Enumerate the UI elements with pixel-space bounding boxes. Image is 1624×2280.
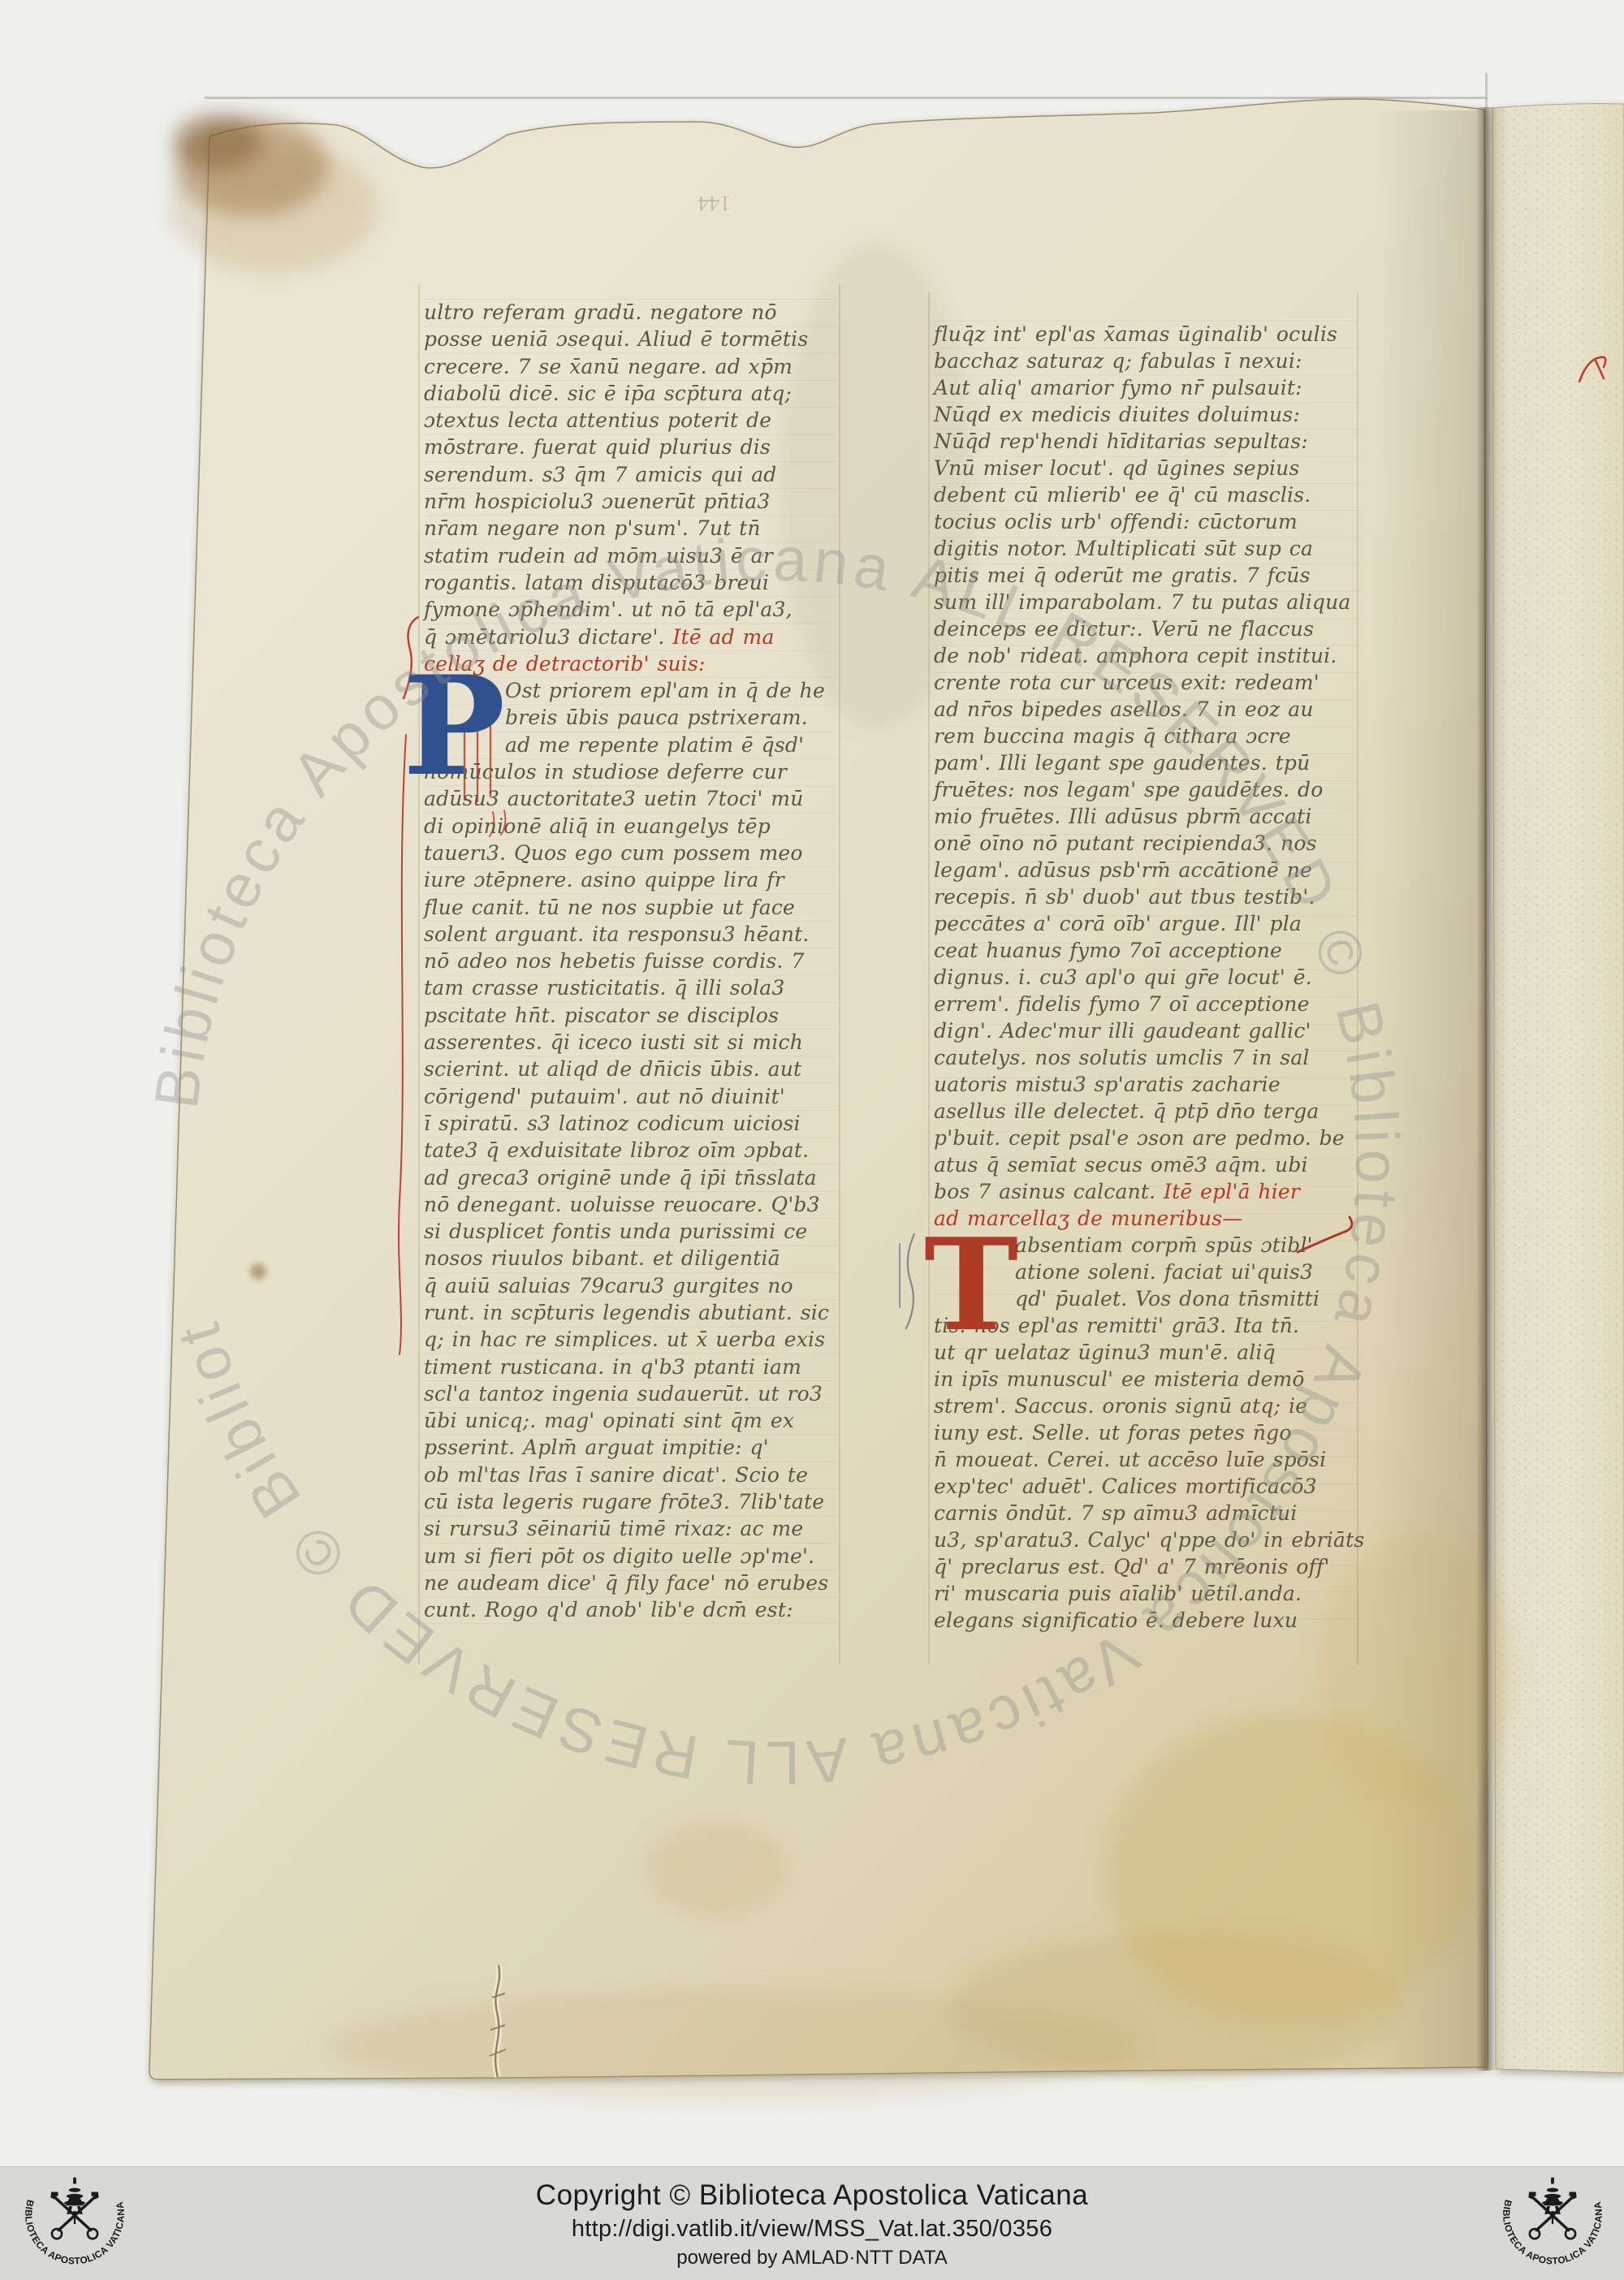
line-text: breis ūbis pauca pstrixeram. [505,706,808,729]
manuscript-line: nō denegant. uoluisse reuocare. Q'b3 [424,1191,836,1218]
line-text: fluq̄z int' epl'as x̄amas ūginalib' ocul… [934,322,1337,346]
manuscript-line: cunt. Rogo q'd anob' lib'e dcm̄ est: [424,1596,836,1623]
line-text: si rursu3 sēinariū timē rixaz: ac me [424,1517,803,1540]
manuscript-line: runt. in scp̄turis legendis abutiant. si… [424,1299,836,1326]
footer-powered-by: powered by AMLAD·NTT DATA [676,2247,947,2269]
manuscript-line: mōstrare. fuerat quid plurius dis [424,434,836,460]
line-text: fymone ɔp̄hendim'. ut nō tā epl'a3, [424,598,793,621]
manuscript-line: q; in hac re simplices. ut x̄ uerba exis [424,1326,836,1353]
manuscript-line: dignus. i. cu3 apl'o qui gr̄e locut' ē. [934,964,1359,991]
manuscript-line: pam'. Illi legant spe gaudentes. tpū [934,749,1359,776]
line-text: n̄ moueat. Cerei. ut accēso luīe spōsi [934,1448,1326,1471]
folio-number: 144 [698,192,731,216]
manuscript-line: ultro referam gradū. negatore nō [424,299,836,326]
manuscript-line: errem'. fidelis fymo 7 oī acceptione [934,991,1359,1017]
manuscript-line: pscitate hn̄t. piscator se disciplos [424,1002,836,1029]
line-text: diabolū dicē. sic ē ip̄a scp̄tura atq; [424,382,792,405]
manuscript-line: statim rudein ad mōm uisu3 ē ar [424,542,836,569]
manuscript-line: iuny est. Selle. ut foras petes n̄go [934,1419,1359,1446]
illuminated-initial-T: T [924,1222,1018,1349]
manuscript-line: di opinionē aliq̄ in euangelys tēp [424,813,836,840]
line-text: dign'. Adec'mur illi gaudeant gallic' [934,1019,1311,1043]
manuscript-line: strem'. Saccus. oronis signū atq; ie [934,1393,1359,1419]
line-text: ɔtextus lecta attentius poterit de [424,408,771,432]
manuscript-line: crente rota cur urceus exit: redeam' [934,669,1359,696]
vatican-library-logo-right [1491,2173,1614,2275]
line-text: atus q̄ semīat secus omē3 aq̄m. ubi [934,1153,1308,1177]
manuscript-line: cōrigend' putauim'. aut nō diuinit' [424,1083,836,1110]
line-text: ri' muscaria puis aīalib' uētil.anda. [934,1582,1302,1605]
manuscript-line: Tabsentiam corpm̄ spūs ɔtibl' [934,1232,1359,1259]
line-text: strem'. Saccus. oronis signū atq; ie [934,1394,1307,1418]
line-text: crecere. 7 se x̄anū negare. ad xp̄m [424,355,793,378]
line-text: iuny est. Selle. ut foras petes n̄go [934,1421,1292,1444]
manuscript-line: si rursu3 sēinariū timē rixaz: ac me [424,1515,836,1542]
manuscript-line: u3, sp'aratu3. Calyc' q'ppe do' in ebriā… [934,1526,1359,1553]
footer-bar: BIBLIOTECA APOSTOLICA VATICANA [0,2166,1624,2280]
line-text: de nob' rideat. amphora cepit institui. [934,644,1337,667]
manuscript-line: iure ɔtēpnere. asino quippe lira fr [424,866,836,893]
line-text: iure ɔtēpnere. asino quippe lira fr [424,868,784,892]
manuscript-line: debent cū mlierib' ee q̄' cū masclis. [934,481,1359,508]
manuscript-column-right: fluq̄z int' epl'as x̄amas ūginalib' ocul… [934,321,1359,1634]
line-text: deinceps ee dictur:. Verū ne flaccus [934,617,1314,641]
manuscript-line: nr̄m hospiciolu3 ɔuenerūt pn̄tia3 [424,488,836,515]
line-text: ne audeam dice' q̄ fily face' nō erubes [424,1571,828,1595]
line-text: serendum. s3 q̄m 7 amicis qui ad [424,463,777,486]
manuscript-line: POst priorem epl'am in q̄ de he [424,677,836,704]
line-text: ad nr̄os bipedes asellos. 7 in eoz au [934,697,1314,721]
illuminated-initial-P: P [403,658,506,794]
line-text: cautelys. nos solutis umclis 7 in sal [934,1046,1310,1069]
manuscript-line: elegans significatio ē. debere luxu [934,1607,1359,1634]
footer-text-block: Copyright © Biblioteca Apostolica Vatica… [0,2167,1624,2280]
line-text: runt. in scp̄turis legendis abutiant. si… [424,1301,829,1324]
line-text: mio fruētes. Illi adūsus pbrm̄ accati [934,805,1312,828]
line-text: scierint. ut aliqd de dn̄icis ūbis. aut [424,1057,801,1081]
line-text: ceat huanus fymo 7oī acceptione [934,939,1282,962]
line-text: rogantis. latam disputacō3 breui [424,571,769,594]
line-text: onē oīno nō putant recipienda3. nos [934,831,1317,855]
line-text: atione soleni. faciat ui'quis3 [1015,1260,1313,1284]
manuscript-line: Vnū miser locut'. qd ūgines sepius [934,455,1359,481]
manuscript-line: ūbi unicq;. mag' opinati sint q̄m ex [424,1407,836,1434]
manuscript-line: Nūqd ex medicis diuites doluimus: [934,401,1359,428]
manuscript-line: tauerı3. Quos ego cum possem meo [424,840,836,866]
manuscript-line: dign'. Adec'mur illi gaudeant gallic' [934,1017,1359,1044]
manuscript-line: q̄' preclarus est. Qd' a' 7 mrēonis off' [934,1553,1359,1580]
line-text: asserentes. q̄i iceco iusti sit si mich [424,1030,803,1054]
manuscript-line: exp'tec' aduēt'. Calices mortificacō3 [934,1473,1359,1500]
line-text: bos 7 asinus calcant. [934,1180,1164,1203]
line-text: nō adeo nos hebetis fuisse cordis. 7 [424,949,804,973]
line-text: statim rudein ad mōm uisu3 ē ar [424,544,773,568]
manuscript-line: Nūq̄d rep'hendi hīditarias sepultas: [934,428,1359,455]
manuscript-line: psserint. Aplm̄ arguat impitie: q' [424,1434,836,1461]
line-text: Nūqd ex medicis diuites doluimus: [934,403,1300,426]
manuscript-line: sum ill' imparabolam. 7 tu putas aliqua [934,589,1359,615]
manuscript-line: tocius oclis urb' offendi: cūctorum [934,508,1359,535]
line-text: pscitate hn̄t. piscator se disciplos [424,1004,779,1027]
line-text: timent rusticana. in q'b3 ptanti iam [424,1355,801,1379]
manuscript-line: de nob' rideat. amphora cepit institui. [934,642,1359,669]
manuscript-line: pitis mei q̄ oderūt me gratis. 7 fcūs [934,562,1359,589]
manuscript-line: uatoris mistu3 sp'aratis zacharie [934,1071,1359,1098]
manuscript-line: um si fieri pōt os digito uelle ɔp'me'. [424,1543,836,1570]
manuscript-line: ī spiratū. s3 latinoz codicum uiciosi [424,1110,836,1137]
manuscript-line: atus q̄ semīat secus omē3 aq̄m. ubi [934,1151,1359,1178]
line-text: ad me repente platim ē q̄sd' [505,733,804,757]
line-text: nosos riuulos bibant. et diligentiā [424,1246,780,1270]
line-text: q; in hac re simplices. ut x̄ uerba exis [424,1328,825,1351]
manuscript-line: nosos riuulos bibant. et diligentiā [424,1245,836,1272]
line-text: mōstrare. fuerat quid plurius dis [424,435,771,459]
manuscript-line: ri' muscaria puis aīalib' uētil.anda. [934,1580,1359,1607]
manuscript-line: diabolū dicē. sic ē ip̄a scp̄tura atq; [424,380,836,407]
manuscript-line: ɔtextus lecta attentius poterit de [424,407,836,434]
line-text: Aut aliq' amarior fymo nr̄ pulsauit: [934,376,1302,399]
manuscript-line: fymone ɔp̄hendim'. ut nō tā epl'a3, [424,596,836,623]
manuscript-line: serendum. s3 q̄m 7 amicis qui ad [424,461,836,488]
line-text: tauerı3. Quos ego cum possem meo [424,841,803,865]
manuscript-line: recepis. n̄ sb' duob' aut tbus testib'. [934,883,1359,910]
manuscript-line: carnis ōndūt. 7 sp aīmu3 admīctui [934,1500,1359,1526]
line-text: uatoris mistu3 sp'aratis zacharie [934,1073,1281,1096]
line-text: di opinionē aliq̄ in euangelys tēp [424,814,771,838]
line-text: ūbi unicq;. mag' opinati sint q̄m ex [424,1409,794,1432]
manuscript-line: onē oīno nō putant recipienda3. nos [934,830,1359,857]
line-text: fruētes: nos legam' spe gaudētes. do [934,778,1324,801]
line-text: nr̄m hospiciolu3 ɔuenerūt pn̄tia3 [424,490,770,513]
manuscript-line: fruētes: nos legam' spe gaudētes. do [934,776,1359,803]
line-text: elegans significatio ē. debere luxu [934,1609,1298,1632]
manuscript-line: peccātes a' corā oīb' argue. Ill' pla [934,910,1359,937]
line-text: peccātes a' corā oīb' argue. Ill' pla [934,912,1302,935]
svg-text:144: 144 [698,192,731,216]
line-text: dignus. i. cu3 apl'o qui gr̄e locut' ē. [934,965,1312,989]
line-text: absentiam corpm̄ spūs ɔtibl' [1015,1233,1313,1257]
line-text: um si fieri pōt os digito uelle ɔp'me'. [424,1544,814,1568]
manuscript-line: flue canit. tū ne nos supbie ut face [424,894,836,921]
footer-url: http://digi.vatlib.it/view/MSS_Vat.lat.3… [572,2216,1052,2243]
line-text: posse ueniā ɔsequi. Aliud ē tormētis [424,327,808,351]
line-text: nr̄am negare non p'sum'. 7ut tn̄ [424,516,761,540]
manuscript-line: fluq̄z int' epl'as x̄amas ūginalib' ocul… [934,321,1359,348]
line-text: tocius oclis urb' offendi: cūctorum [934,510,1298,533]
manuscript-line: Aut aliq' amarior fymo nr̄ pulsauit: [934,374,1359,401]
line-text: Vnū miser locut'. qd ūgines sepius [934,456,1299,480]
rubric-text: Itē ad ma [672,625,774,649]
scan-cradle-edge [205,97,1488,99]
line-text: cōrigend' putauim'. aut nō diuinit' [424,1085,785,1108]
manuscript-line: rogantis. latam disputacō3 breui [424,569,836,596]
line-text: ī spiratū. s3 latinoz codicum uiciosi [424,1112,801,1135]
line-text: pam'. Illi legant spe gaudentes. tpū [934,751,1310,775]
line-text: q̄ auiū saluias 79caru3 gurgites no [424,1274,793,1298]
line-text: solent arguant. ita responsu3 hēant. [424,922,810,946]
manuscript-line: digitis notor. Multiplicati sūt sup ca [934,535,1359,562]
manuscript-line: p'buit. cepit psal'e ɔson are pedmo. be [934,1125,1359,1151]
manuscript-line: scl'a tantoz ingenia sudauerūt. ut ro3 [424,1380,836,1407]
rubric-text: Itē epl'ā hier [1164,1180,1300,1203]
manuscript-line: mio fruētes. Illi adūsus pbrm̄ accati [934,803,1359,830]
line-text: scl'a tantoz ingenia sudauerūt. ut ro3 [424,1382,823,1406]
line-text: legam'. adūsus psb'rm̄ accātionē ne [934,858,1312,882]
manuscript-line: ob ml'tas lr̄as ī sanire dicat'. Scio te [424,1462,836,1488]
line-text: asellus ille delectet. q̄ ptp̄ dn̄o terg… [934,1099,1319,1123]
manuscript-line: scierint. ut aliqd de dn̄icis ūbis. aut [424,1056,836,1082]
line-text: recepis. n̄ sb' duob' aut tbus testib'. [934,885,1315,909]
line-text: si dusplicet fontis unda purissimi ce [424,1220,807,1243]
manuscript-line: cautelys. nos solutis umclis 7 in sal [934,1044,1359,1071]
line-text: nō denegant. uoluisse reuocare. Q'b3 [424,1193,820,1216]
manuscript-line: ad nr̄os bipedes asellos. 7 in eoz au [934,696,1359,723]
line-text: tate3 q̄ exduisitate libroz oīm ɔpbat. [424,1138,809,1162]
manuscript-line: deinceps ee dictur:. Verū ne flaccus [934,615,1359,642]
manuscript-line: ceat huanus fymo 7oī acceptione [934,937,1359,964]
manuscript-line: in ipīs munuscul' ee misteria demō [934,1366,1359,1393]
line-text: p'buit. cepit psal'e ɔson are pedmo. be [934,1126,1345,1150]
manuscript-line: ad greca3 originē unde q̄ ip̄i tn̄sslata [424,1164,836,1191]
line-text: Ost priorem epl'am in q̄ de he [505,679,825,702]
line-text: debent cū mlierib' ee q̄' cū masclis. [934,483,1311,507]
line-text: cū ista legeris rugare frōte3. 7lib'tate [424,1490,824,1514]
line-text: bacchaz saturaz q; fabulas ī nexui: [934,349,1302,373]
line-text: Nūq̄d rep'hendi hīditarias sepultas: [934,430,1308,453]
line-text: cunt. Rogo q'd anob' lib'e dcm̄ est: [424,1598,793,1621]
line-text: u3, sp'aratu3. Calyc' q'ppe do' in ebriā… [934,1528,1364,1552]
line-text: flue canit. tū ne nos supbie ut face [424,896,795,919]
manuscript-line: legam'. adūsus psb'rm̄ accātionē ne [934,857,1359,883]
manuscript-line: si dusplicet fontis unda purissimi ce [424,1218,836,1245]
manuscript-line: solent arguant. ita responsu3 hēant. [424,921,836,948]
line-text: exp'tec' aduēt'. Calices mortificacō3 [934,1475,1317,1498]
line-text: in ipīs munuscul' ee misteria demō [934,1367,1305,1391]
binding-hinge-line [1485,73,1488,107]
line-text: tam crasse rusticitatis. q̄ illi sola3 [424,976,784,1000]
ink-spot [250,1263,266,1280]
manuscript-line: n̄ moueat. Cerei. ut accēso luīe spōsi [934,1446,1359,1473]
manuscript-line: bos 7 asinus calcant. Itē epl'ā hier [934,1178,1359,1205]
manuscript-line: ne audeam dice' q̄ fily face' nō erubes [424,1570,836,1596]
line-text: qd' p̄ualet. Vos dona tn̄smitti [1015,1287,1319,1311]
line-text: pitis mei q̄ oderūt me gratis. 7 fcūs [934,564,1311,587]
digitized-manuscript-scan: 144 ultro referam gradū. negatore nōposs… [0,0,1624,2280]
line-text: digitis notor. Multiplicati sūt sup ca [934,537,1313,560]
line-text: carnis ōndūt. 7 sp aīmu3 admīctui [934,1501,1297,1525]
manuscript-line: asellus ille delectet. q̄ ptp̄ dn̄o terg… [934,1098,1359,1125]
manuscript-line: cū ista legeris rugare frōte3. 7lib'tate [424,1488,836,1515]
manuscript-line: posse ueniā ɔsequi. Aliud ē tormētis [424,326,836,352]
manuscript-line: tam crasse rusticitatis. q̄ illi sola3 [424,974,836,1001]
manuscript-line: timent rusticana. in q'b3 ptanti iam [424,1354,836,1380]
footer-copyright: Copyright © Biblioteca Apostolica Vatica… [536,2179,1088,2212]
line-text: sum ill' imparabolam. 7 tu putas aliqua [934,590,1351,614]
line-text: ad greca3 originē unde q̄ ip̄i tn̄sslata [424,1166,817,1190]
manuscript-line: rem buccina magis q̄ cithara ɔcre [934,723,1359,749]
line-text: psserint. Aplm̄ arguat impitie: q' [424,1436,769,1459]
line-text: errem'. fidelis fymo 7 oī acceptione [934,992,1310,1016]
manuscript-line: asserentes. q̄i iceco iusti sit si mich [424,1029,836,1056]
manuscript-column-left: ultro referam gradū. negatore nōposse ue… [424,299,836,1624]
line-text: ultro referam gradū. negatore nō [424,300,777,324]
manuscript-line: nr̄am negare non p'sum'. 7ut tn̄ [424,515,836,542]
manuscript-line: nō adeo nos hebetis fuisse cordis. 7 [424,948,836,974]
manuscript-line: tate3 q̄ exduisitate libroz oīm ɔpbat. [424,1137,836,1164]
line-text: q̄' preclarus est. Qd' a' 7 mrēonis off' [934,1555,1330,1578]
line-text: rem buccina magis q̄ cithara ɔcre [934,724,1291,748]
manuscript-line: bacchaz saturaz q; fabulas ī nexui: [934,348,1359,374]
line-text: ob ml'tas lr̄as ī sanire dicat'. Scio te [424,1463,808,1487]
manuscript-line: q̄ auiū saluias 79caru3 gurgites no [424,1272,836,1299]
manuscript-line: crecere. 7 se x̄anū negare. ad xp̄m [424,353,836,380]
line-text: crente rota cur urceus exit: redeam' [934,671,1319,694]
